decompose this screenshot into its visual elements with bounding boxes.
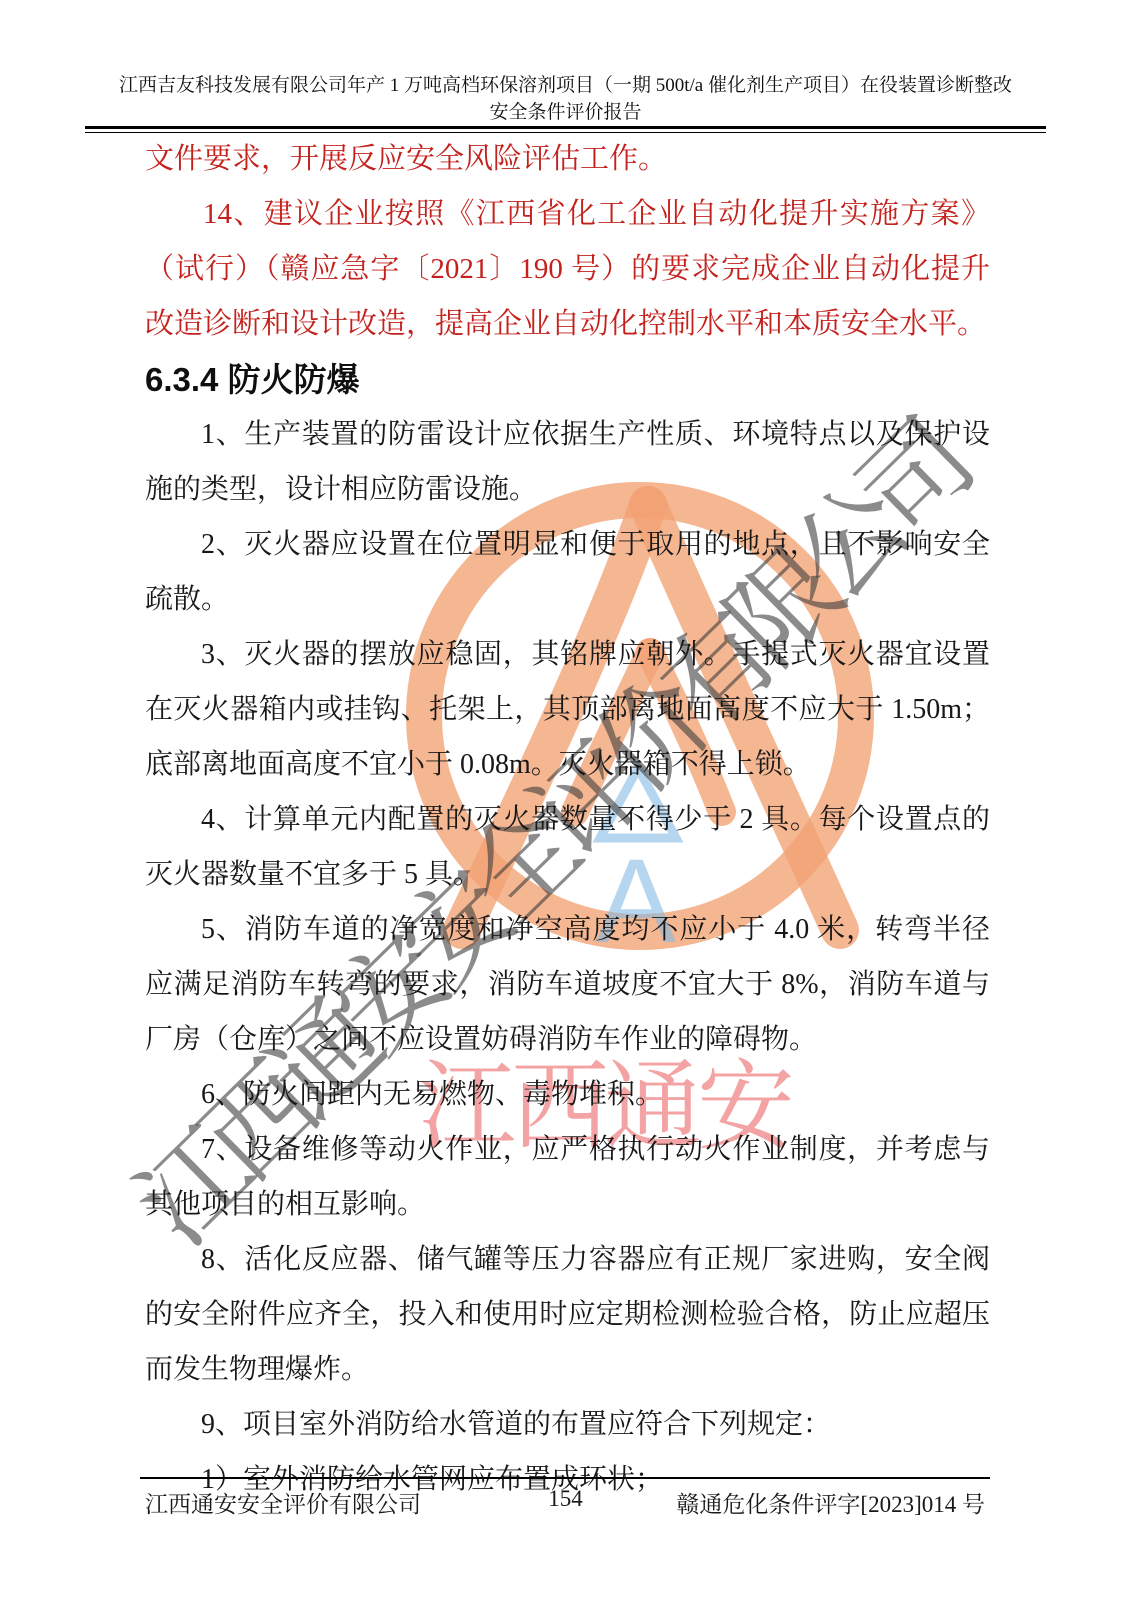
body-paragraph-9: 9、项目室外消防给水管道的布置应符合下列规定： <box>145 1397 990 1452</box>
document-page: A 江西通安安全评价有限公司 江西通安 江西吉友科技发展有限公司年产 1 万吨高… <box>0 0 1131 1600</box>
body-paragraph-3: 3、灭火器的摆放应稳固，其铭牌应朝外。手提式灭火器宜设置在灭火器箱内或挂钩、托架… <box>145 627 990 792</box>
header-rule <box>85 126 1046 133</box>
document-body: 文件要求，开展反应安全风险评估工作。 14、建议企业按照《江西省化工企业自动化提… <box>145 132 990 1507</box>
footer-doc-number: 赣通危化条件评字[2023]014 号 <box>676 1486 985 1519</box>
body-paragraph-5: 5、消防车道的净宽度和净空高度均不应小于 4.0 米，转弯半径应满足消防车转弯的… <box>145 902 990 1067</box>
footer-rule <box>140 1477 990 1479</box>
body-paragraph-2: 2、灭火器应设置在位置明显和便于取用的地点，且不影响安全疏散。 <box>145 517 990 627</box>
body-paragraph-6: 6、防火间距内无易燃物、毒物堆积。 <box>145 1067 990 1122</box>
body-paragraph-7: 7、设备维修等动火作业，应严格执行动火作业制度，并考虑与其他项目的相互影响。 <box>145 1122 990 1232</box>
red-paragraph-continuation: 文件要求，开展反应安全风险评估工作。 <box>145 132 990 187</box>
section-heading: 6.3.4 防火防爆 <box>145 352 990 407</box>
body-paragraph-8: 8、活化反应器、储气罐等压力容器应有正规厂家进购，安全阀的安全附件应齐全，投入和… <box>145 1232 990 1397</box>
header-title-line1: 江西吉友科技发展有限公司年产 1 万吨高档环保溶剂项目（一期 500t/a 催化… <box>0 70 1131 97</box>
body-paragraph-1: 1、生产装置的防雷设计应依据生产性质、环境特点以及保护设施的类型，设计相应防雷设… <box>145 407 990 517</box>
body-paragraph-4: 4、计算单元内配置的灭火器数量不得少于 2 具。每个设置点的灭火器数量不宜多于 … <box>145 792 990 902</box>
header-title-line2: 安全条件评价报告 <box>0 97 1131 124</box>
red-paragraph-item14: 14、建议企业按照《江西省化工企业自动化提升实施方案》（试行）（赣应急字〔202… <box>145 187 990 352</box>
